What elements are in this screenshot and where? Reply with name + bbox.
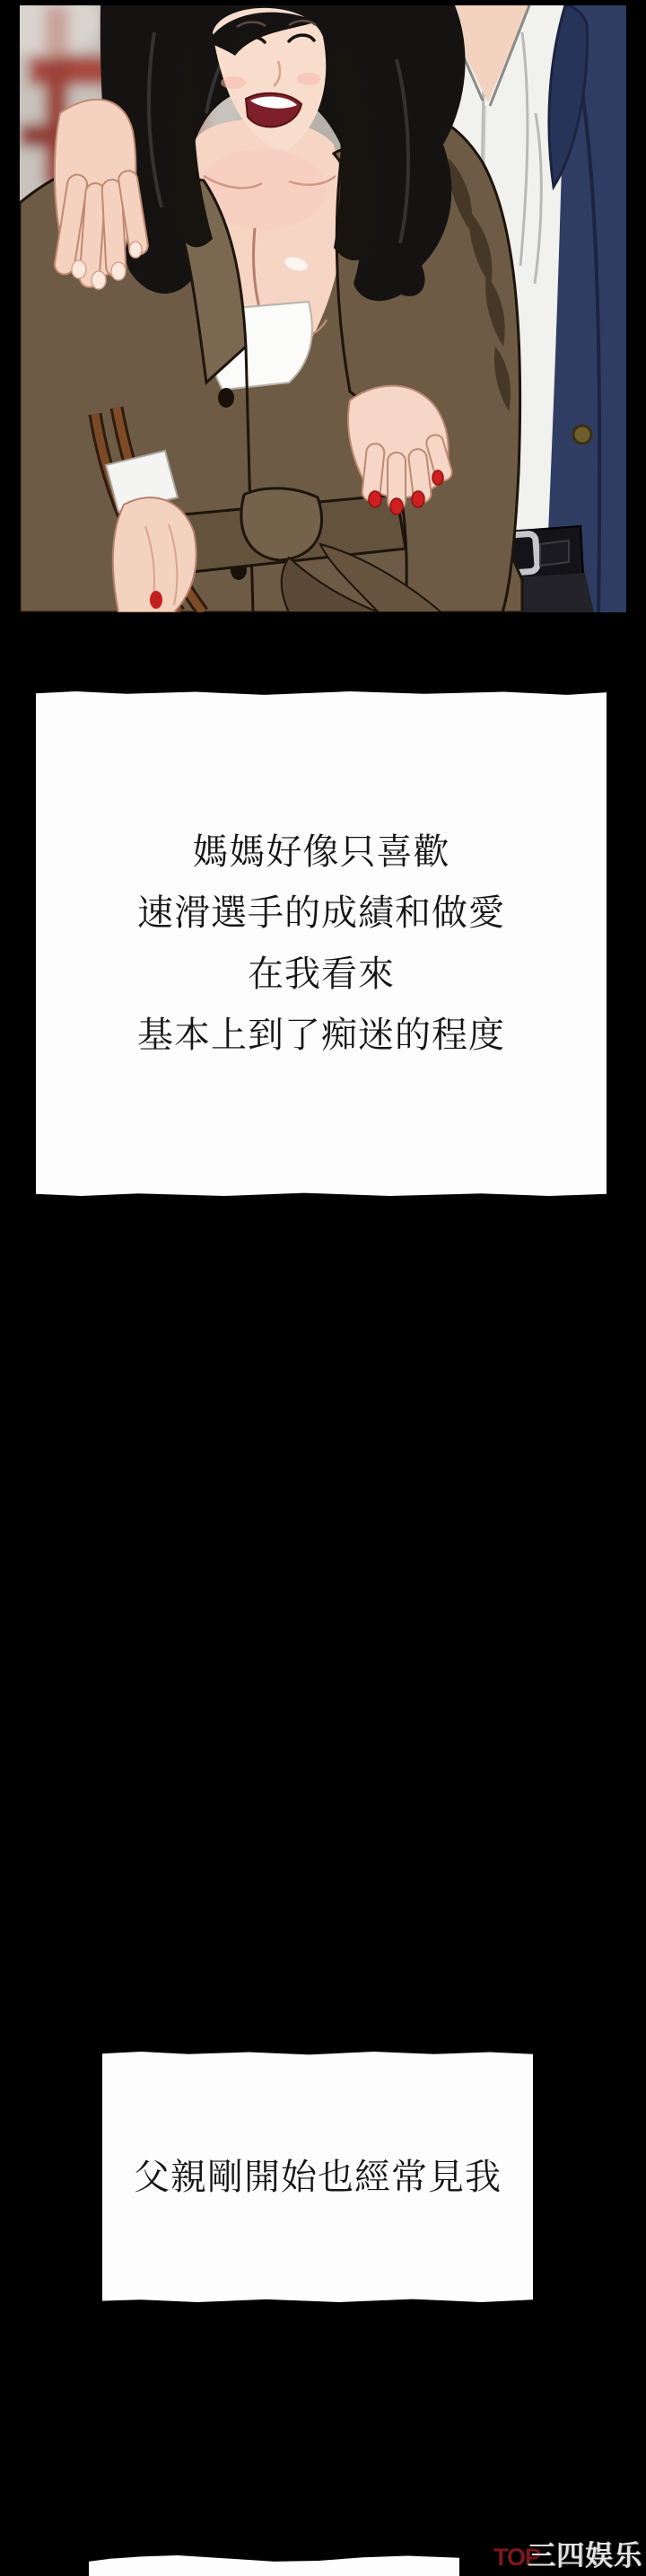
red-fingernail <box>150 591 162 609</box>
comic-panel <box>20 5 626 612</box>
red-fingernail <box>369 491 381 507</box>
watermark: TOP 三四娱乐 <box>493 2533 642 2573</box>
red-fingernail <box>412 491 424 507</box>
caption-box-partial <box>89 2555 459 2576</box>
coat-button <box>218 388 234 408</box>
suit-button <box>573 426 591 444</box>
caption-line: 在我看來 <box>36 944 607 1005</box>
caption-line: 父親剛開始也經常見我 <box>102 2150 533 2204</box>
caption-line: 媽媽好像只喜歡 <box>36 822 607 883</box>
caption-line: 基本上到了痴迷的程度 <box>36 1005 607 1066</box>
caption-line: 速滑選手的成績和做愛 <box>36 883 607 944</box>
coat-belt-knot <box>241 488 322 560</box>
caption-box-1: 媽媽好像只喜歡 速滑選手的成績和做愛 在我看來 基本上到了痴迷的程度 <box>36 691 607 1196</box>
red-fingernail <box>432 470 443 485</box>
watermark-brand-text: 三四娱乐 <box>528 2533 642 2573</box>
webtoon-page: 媽媽好像只喜歡 速滑選手的成績和做愛 在我看來 基本上到了痴迷的程度 父親剛開始… <box>0 0 646 2576</box>
red-fingernail <box>390 498 403 514</box>
caption-box-2: 父親剛開始也經常見我 <box>102 2052 533 2302</box>
panel-art <box>20 5 626 612</box>
